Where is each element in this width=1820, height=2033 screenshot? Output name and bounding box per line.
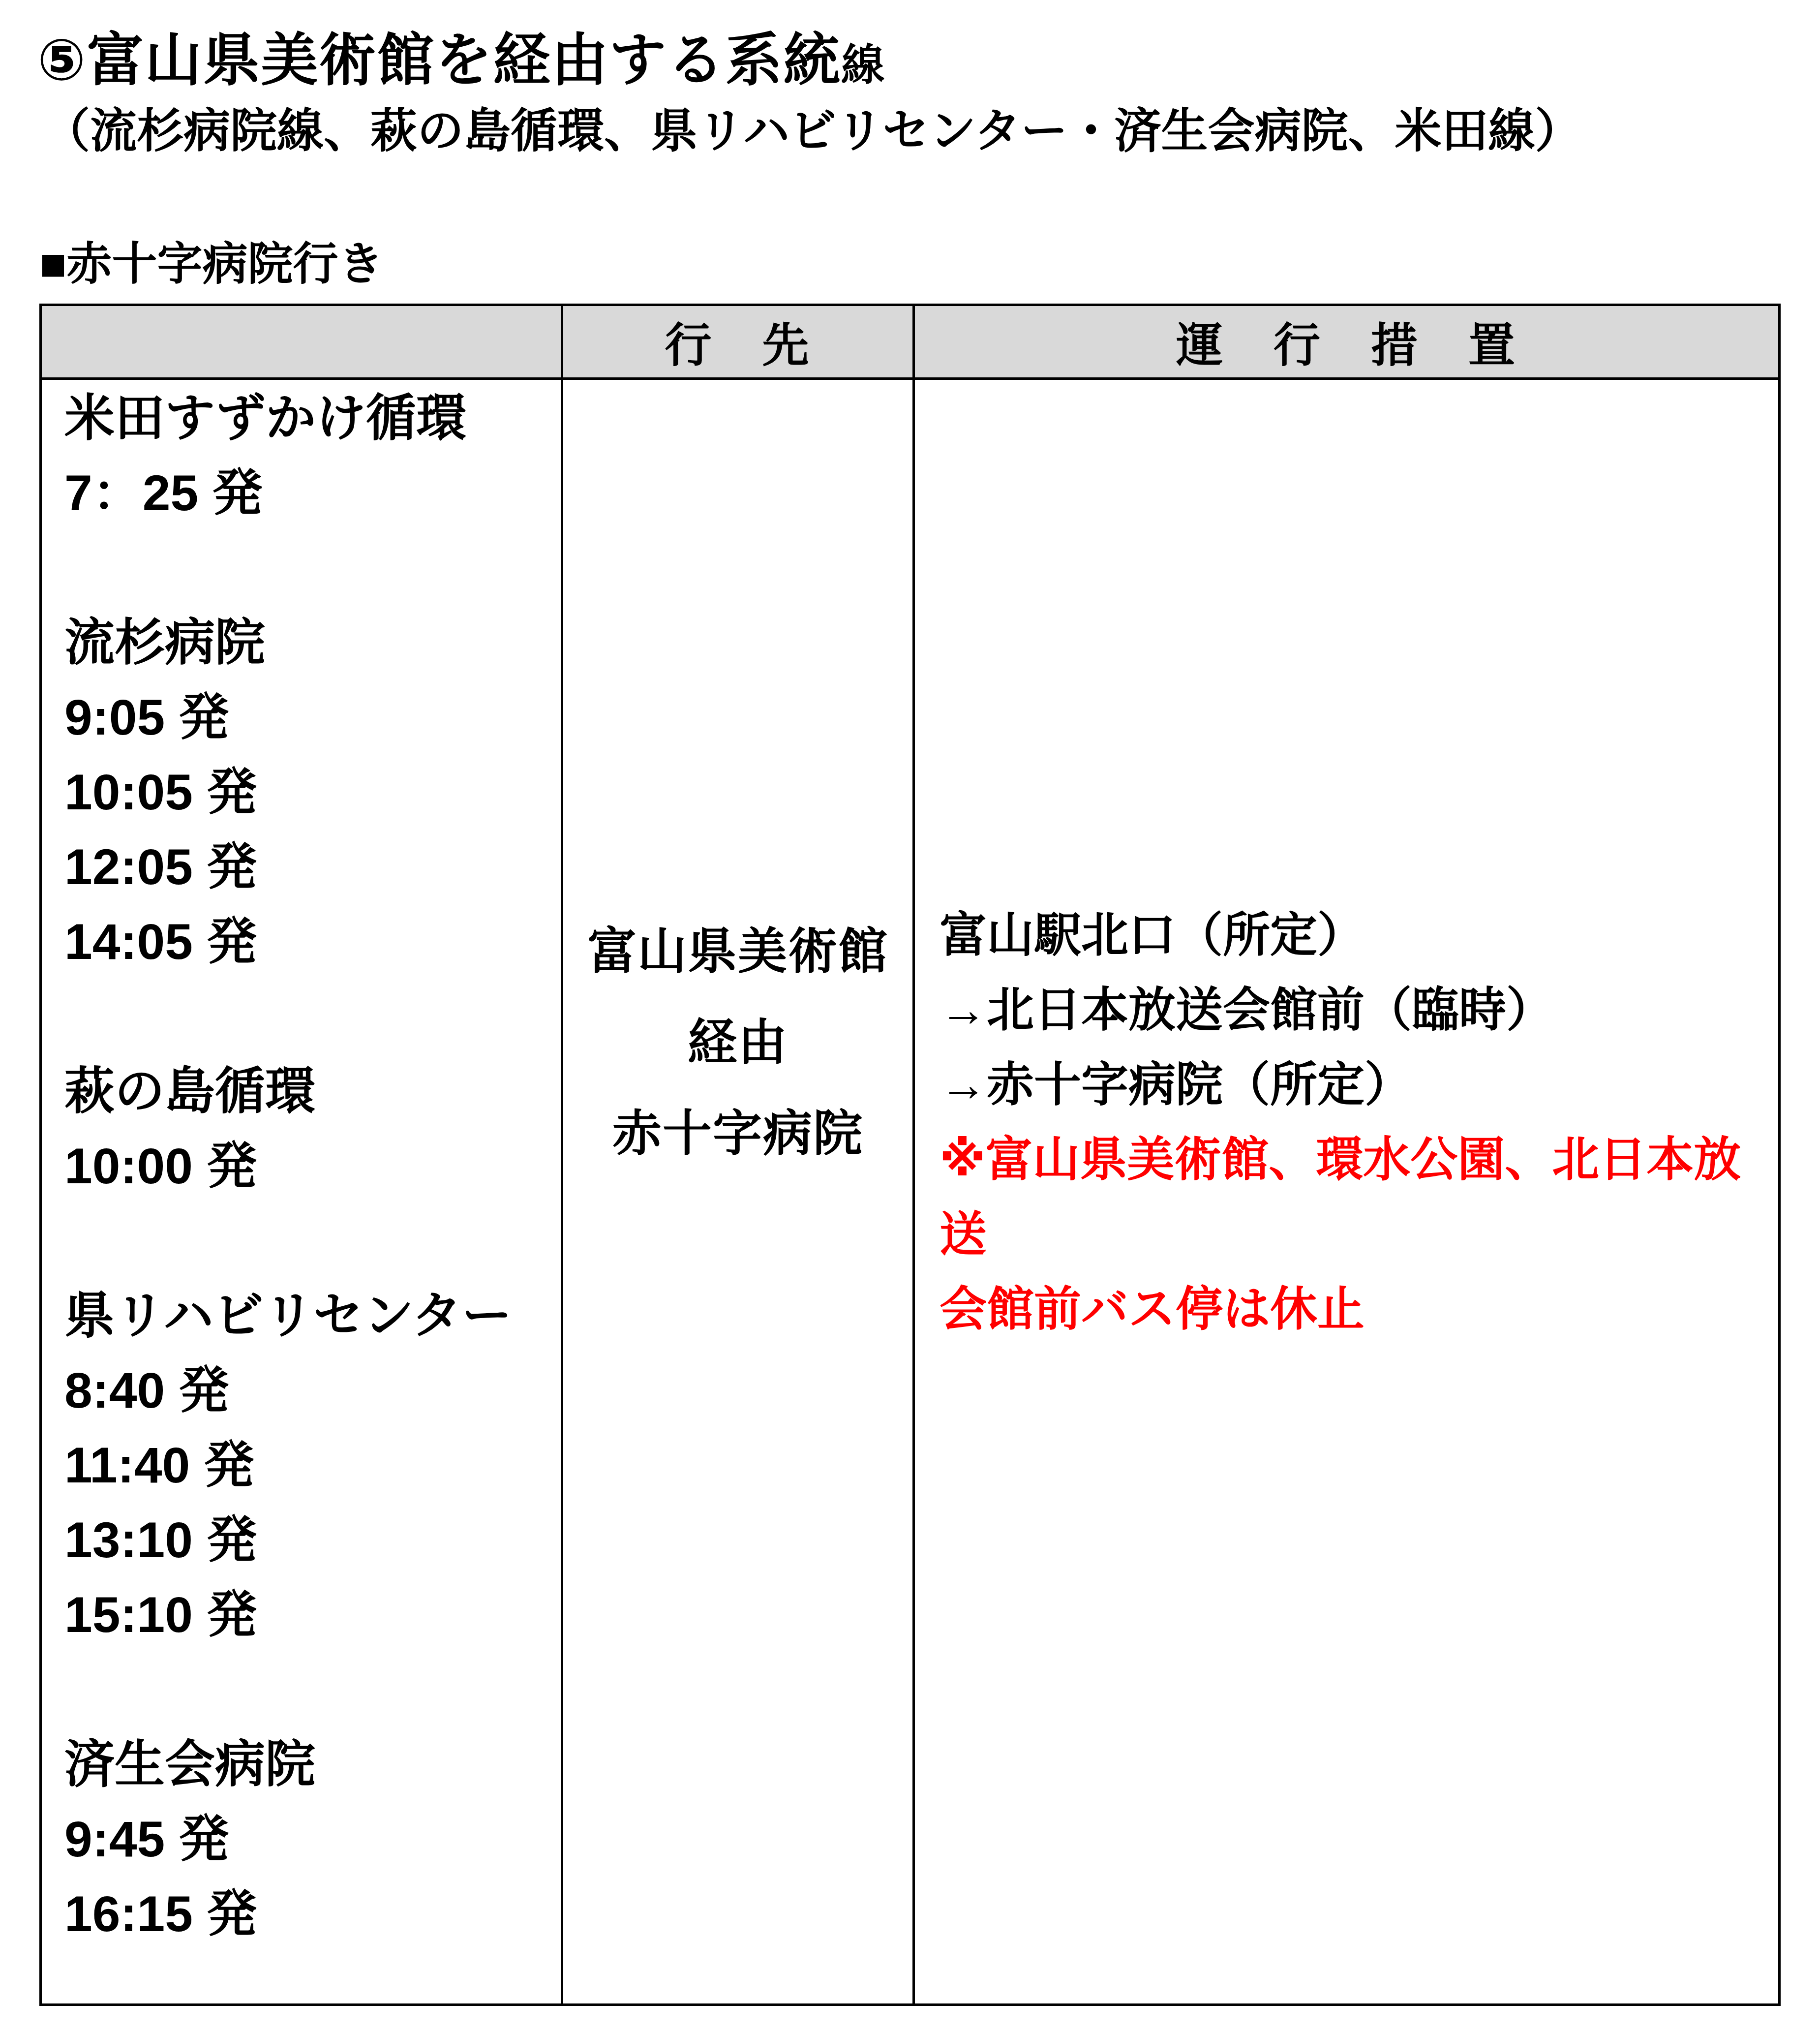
doc-title: ⑤富山県美術館を経由する系統線 [37, 26, 885, 99]
destination-text: 富山県美術館 経由 赤十字病院 [563, 906, 912, 1179]
notice-page: { "page": { "title_line1_main": "⑤富山県美術館… [0, 0, 1820, 2033]
operation-cell: 富山駅北口（所定） →北日本放送会館前（臨時） →赤十字病院（所定） ※富山県美… [915, 380, 1778, 2003]
col-header-empty [42, 306, 563, 380]
doc-title-suffix: 線 [841, 40, 885, 89]
doc-subtitle: （流杉病院線、萩の島循環、県リハビリセンター・済生会病院、米田線） [43, 102, 1581, 160]
suspension-note: ※富山県美術館、環水公園、北日本放送 会館前バス停は休止 [940, 1122, 1778, 1347]
doc-title-main: ⑤富山県美術館を経由する系統 [37, 28, 841, 92]
destination-cell: 富山県美術館 経由 赤十字病院 [563, 380, 915, 2003]
departures-cell: 米田すずかけ循環 7：25 発 流杉病院 9:05 発 10:05 発 12:0… [42, 380, 563, 2003]
operation-route-text: 富山駅北口（所定） →北日本放送会館前（臨時） →赤十字病院（所定） [940, 898, 1778, 1122]
col-header-operation: 運 行 措 置 [915, 306, 1778, 380]
col-header-destination: 行 先 [563, 306, 915, 380]
section-heading: ■赤十字病院行き [39, 237, 384, 291]
timetable: 行 先 運 行 措 置 米田すずかけ循環 7：25 発 流杉病院 9:05 発 … [39, 304, 1781, 2006]
